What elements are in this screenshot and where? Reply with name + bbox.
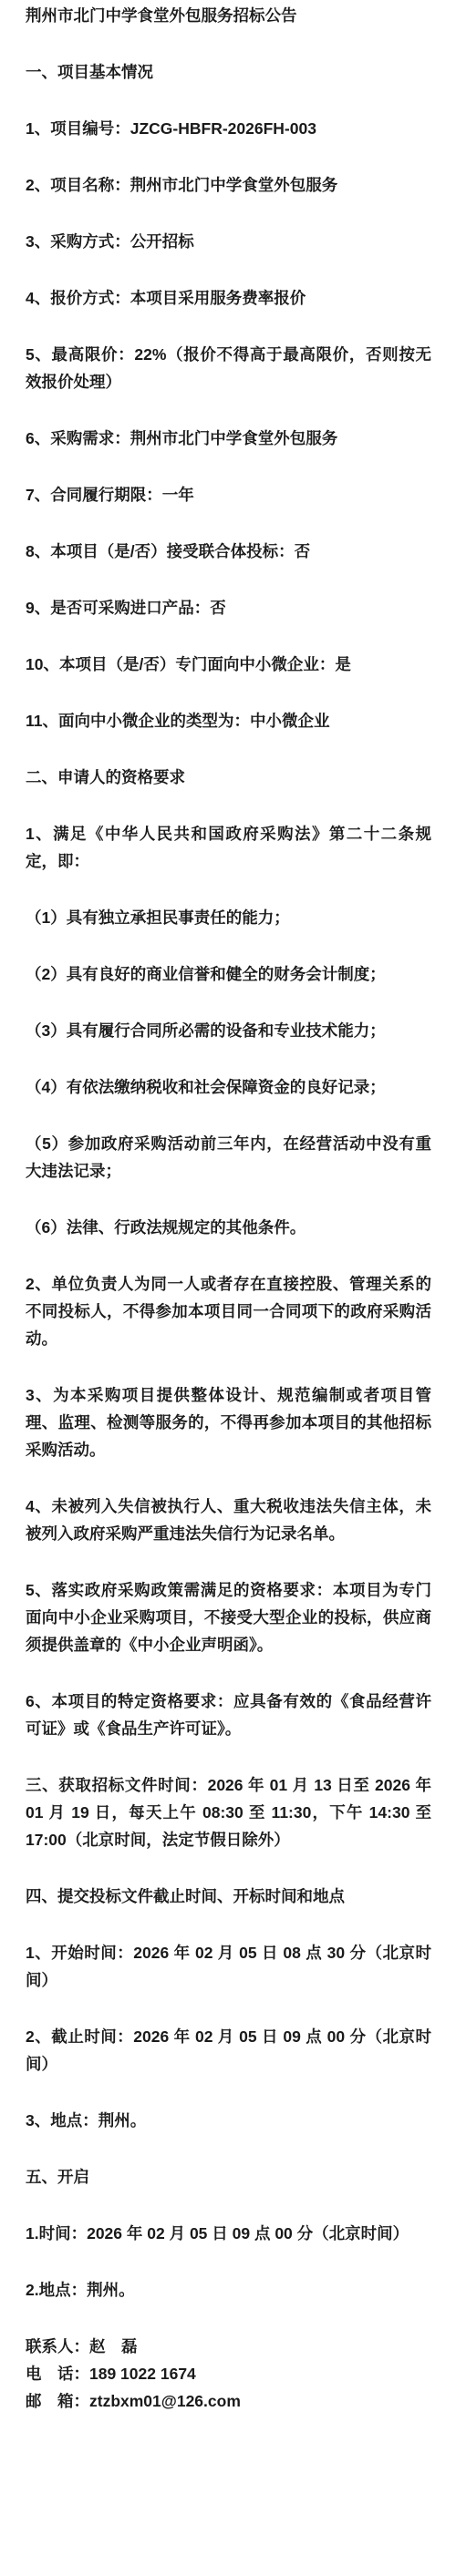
procurement-method: 3、采购方式：公开招标 [26,228,431,255]
consortium-bidding: 8、本项目（是/否）接受联合体投标：否 [26,538,431,565]
project-number: 1、项目编号：JZCG-HBFR-2026FH-003 [26,115,431,142]
contact-phone: 电 话：189 1022 1674 [26,2360,431,2387]
project-name: 2、项目名称：荆州市北门中学食堂外包服务 [26,171,431,199]
contact-email: 邮 箱：ztzbxm01@126.com [26,2387,431,2415]
qualification-intro: 1、满足《中华人民共和国政府采购法》第二十二条规定，即： [26,820,431,875]
bid-location: 3、地点：荆州。 [26,2107,431,2134]
quote-method: 4、报价方式：本项目采用服务费率报价 [26,284,431,312]
procurement-demand: 6、采购需求：荆州市北门中学食堂外包服务 [26,425,431,452]
qualification-clause-3: （3）具有履行合同所必需的设备和专业技术能力； [26,1017,431,1044]
opening-time: 1.时间：2026 年 02 月 05 日 09 点 00 分（北京时间） [26,2220,431,2247]
qualification-item-2: 2、单位负责人为同一人或者存在直接控股、管理关系的不同投标人，不得参加本项目同一… [26,1270,431,1352]
contact-block: 联系人：赵 磊 电 话：189 1022 1674 邮 箱：ztzbxm01@1… [26,2333,431,2415]
document-title: 荆州市北门中学食堂外包服务招标公告 [26,2,431,29]
section-1-heading: 一、项目基本情况 [26,58,431,86]
section-5-heading: 五、开启 [26,2163,431,2191]
opening-location: 2.地点：荆州。 [26,2276,431,2304]
smes-type: 11、面向中小微企业的类型为：中小微企业 [26,707,431,734]
import-products: 9、是否可采购进口产品：否 [26,594,431,621]
policy-qualification: 5、落实政府采购政策需满足的资格要求：本项目为专门面向中小企业采购项目，不接受大… [26,1576,431,1658]
max-price-limit: 5、最高限价：22%（报价不得高于最高限价，否则按无效报价处理） [26,341,431,395]
contact-person: 联系人：赵 磊 [26,2333,431,2360]
qualification-clause-6: （6）法律、行政法规规定的其他条件。 [26,1214,431,1241]
section-2-heading: 二、申请人的资格要求 [26,764,431,791]
qualification-item-4: 4、未被列入失信被执行人、重大税收违法失信主体，未被列入政府采购严重违法失信行为… [26,1493,431,1547]
bid-start-time: 1、开始时间：2026 年 02 月 05 日 08 点 30 分（北京时间） [26,1939,431,1994]
qualification-clause-1: （1）具有独立承担民事责任的能力； [26,904,431,931]
qualification-clause-2: （2）具有良好的商业信誉和健全的财务会计制度； [26,960,431,988]
section-3-document-time: 三、获取招标文件时间：2026 年 01 月 13 日至 2026 年 01 月… [26,1771,431,1853]
smes-targeted: 10、本项目（是/否）专门面向中小微企业：是 [26,651,431,678]
qualification-clause-5: （5）参加政府采购活动前三年内，在经营活动中没有重大违法记录； [26,1130,431,1185]
specific-qualification: 6、本项目的特定资格要求：应具备有效的《食品经营许可证》或《食品生产许可证》。 [26,1688,431,1742]
qualification-item-3: 3、为本采购项目提供整体设计、规范编制或者项目管理、监理、检测等服务的，不得再参… [26,1381,431,1463]
section-4-heading: 四、提交投标文件截止时间、开标时间和地点 [26,1883,431,1910]
qualification-clause-4: （4）有依法缴纳税收和社会保障资金的良好记录； [26,1073,431,1101]
bid-deadline-time: 2、截止时间：2026 年 02 月 05 日 09 点 00 分（北京时间） [26,2023,431,2078]
contract-period: 7、合同履行期限：一年 [26,481,431,508]
tender-announcement-document: 荆州市北门中学食堂外包服务招标公告 一、项目基本情况 1、项目编号：JZCG-H… [0,0,456,2576]
